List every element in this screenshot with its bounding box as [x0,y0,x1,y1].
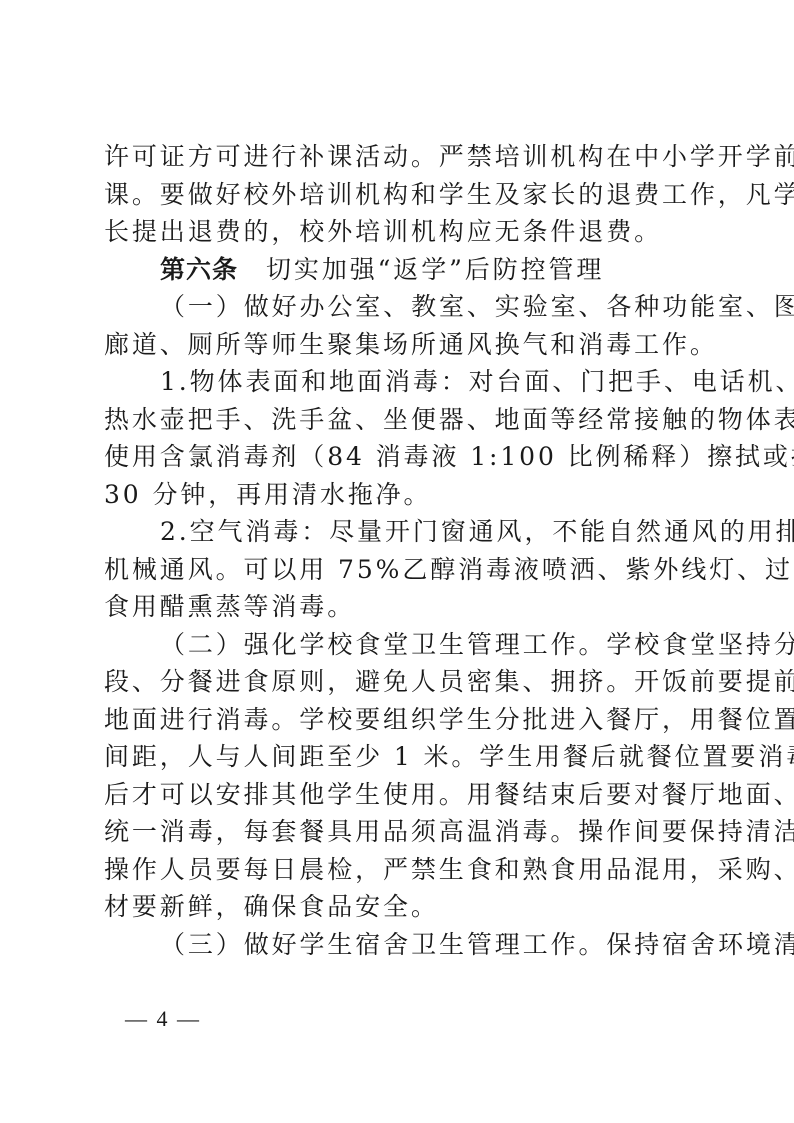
text-line: 30 分钟，再用清水拖净。 [104,476,694,514]
section-3-paragraph: （三）做好学生宿舍卫生管理工作。保持宿舍环境清洁，每 [104,926,694,964]
article-title: 切实加强“返学”后防控管理 [266,255,604,284]
text-line: 间距，人与人间距至少 1 米。学生用餐后就餐位置要消毒，消毒 [104,738,694,776]
text-line: 热水壶把手、洗手盆、坐便器、地面等经常接触的物体表面，可 [104,401,694,439]
text-line: 后才可以安排其他学生使用。用餐结束后要对餐厅地面、餐桌椅 [104,776,694,814]
item-2-paragraph: 2.空气消毒：尽量开门窗通风，不能自然通风的用排气扇等 机械通风。可以用 75%… [104,513,694,626]
text-line: 课。要做好校外培训机构和学生及家长的退费工作，凡学生或家 [104,176,694,214]
text-line: 2.空气消毒：尽量开门窗通风，不能自然通风的用排气扇等 [104,513,694,551]
document-page: 许可证方可进行补课活动。严禁培训机构在中小学开学前提前上 课。要做好校外培训机构… [104,138,694,963]
section-1-paragraph: （一）做好办公室、教室、实验室、各种功能室、图书馆、 廊道、厕所等师生聚集场所通… [104,288,694,363]
item-1-paragraph: 1.物体表面和地面消毒：对台面、门把手、电话机、开关、 热水壶把手、洗手盆、坐便… [104,363,694,513]
article-heading: 第六条切实加强“返学”后防控管理 [104,251,694,289]
text-line: 操作人员要每日晨检，严禁生食和熟食用品混用，采购、加工食 [104,851,694,889]
text-line: 材要新鲜，确保食品安全。 [104,888,694,926]
text-line: 机械通风。可以用 75%乙醇消毒液喷洒、紫外线灯、过氧乙酸、 [104,551,694,589]
text-line: （一）做好办公室、教室、实验室、各种功能室、图书馆、 [104,288,694,326]
text-line: 长提出退费的，校外培训机构应无条件退费。 [104,213,694,251]
text-line: 段、分餐进食原则，避免人员密集、拥挤。开饭前要提前对餐厅 [104,663,694,701]
text-line: （二）强化学校食堂卫生管理工作。学校食堂坚持分时、分 [104,626,694,664]
text-line: 地面进行消毒。学校要组织学生分批进入餐厅，用餐位置要留有 [104,701,694,739]
paragraph-continuation: 许可证方可进行补课活动。严禁培训机构在中小学开学前提前上 课。要做好校外培训机构… [104,138,694,251]
text-line: 使用含氯消毒剂（84 消毒液 1:100 比例稀释）擦拭或拖地，作用 [104,438,694,476]
text-line: 1.物体表面和地面消毒：对台面、门把手、电话机、开关、 [104,363,694,401]
text-line: （三）做好学生宿舍卫生管理工作。保持宿舍环境清洁，每 [104,926,694,964]
text-line: 廊道、厕所等师生聚集场所通风换气和消毒工作。 [104,326,694,364]
text-line: 许可证方可进行补课活动。严禁培训机构在中小学开学前提前上 [104,138,694,176]
text-line: 统一消毒，每套餐具用品须高温消毒。操作间要保持清洁干燥， [104,813,694,851]
section-2-paragraph: （二）强化学校食堂卫生管理工作。学校食堂坚持分时、分 段、分餐进食原则，避免人员… [104,626,694,926]
text-line: 食用醋熏蒸等消毒。 [104,588,694,626]
page-number: — 4 — [125,1006,201,1032]
article-label: 第六条 [160,255,238,284]
